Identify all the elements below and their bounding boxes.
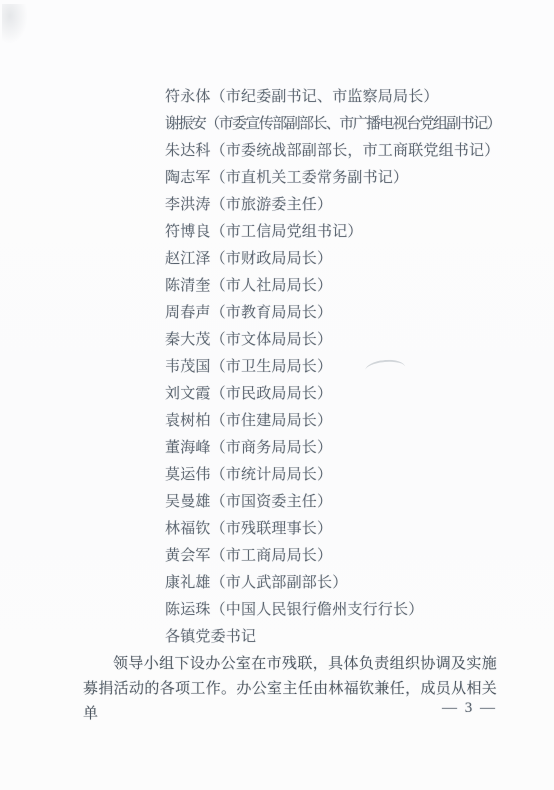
- scanned-document-page: 符永体（市纪委副书记、市监察局局长） 谢振安（市委宣传部副部长、市广播电视台党组…: [0, 0, 554, 790]
- roster-line: 谢振安（市委宣传部副部长、市广播电视台党组副书记）: [165, 111, 514, 138]
- roster-line: 秦大茂（市文体局局长）: [165, 327, 514, 354]
- roster-line: 韦茂国（市卫生局局长）: [165, 354, 514, 381]
- roster-line: 吴曼雄（市国资委主任）: [165, 489, 514, 516]
- leading-group-member-roster: 符永体（市纪委副书记、市监察局局长） 谢振安（市委宣传部副部长、市广播电视台党组…: [165, 84, 514, 651]
- roster-line: 黄会军（市工商局局长）: [165, 543, 514, 570]
- roster-line: 各镇党委书记: [165, 624, 514, 651]
- page-number: — 3 —: [442, 700, 497, 717]
- scan-artifact-corner: [2, 4, 28, 44]
- roster-line: 朱达科（市委统战部副部长，市工商联党组书记）: [165, 138, 514, 165]
- roster-line: 陈运珠（中国人民银行儋州支行行长）: [165, 597, 514, 624]
- roster-line: 李洪涛（市旅游委主任）: [165, 192, 514, 219]
- roster-line: 陈清奎（市人社局局长）: [165, 273, 514, 300]
- roster-line: 赵江泽（市财政局局长）: [165, 246, 514, 273]
- closing-paragraph: 领导小组下设办公室在市残联，具体负责组织协调及实施募捐活动的各项工作。办公室主任…: [83, 652, 497, 727]
- roster-line: 符永体（市纪委副书记、市监察局局长）: [165, 84, 514, 111]
- roster-line: 董海峰（市商务局局长）: [165, 435, 514, 462]
- roster-line: 康礼雄（市人武部副部长）: [165, 570, 514, 597]
- roster-line: 莫运伟（市统计局局长）: [165, 462, 514, 489]
- roster-line: 林福钦（市残联理事长）: [165, 516, 514, 543]
- roster-line: 袁树柏（市住建局局长）: [165, 408, 514, 435]
- roster-line: 刘文霞（市民政局局长）: [165, 381, 514, 408]
- roster-line: 周春声（市教育局局长）: [165, 300, 514, 327]
- roster-line: 陶志军（市直机关工委常务副书记）: [165, 165, 514, 192]
- roster-line: 符博良（市工信局党组书记）: [165, 219, 514, 246]
